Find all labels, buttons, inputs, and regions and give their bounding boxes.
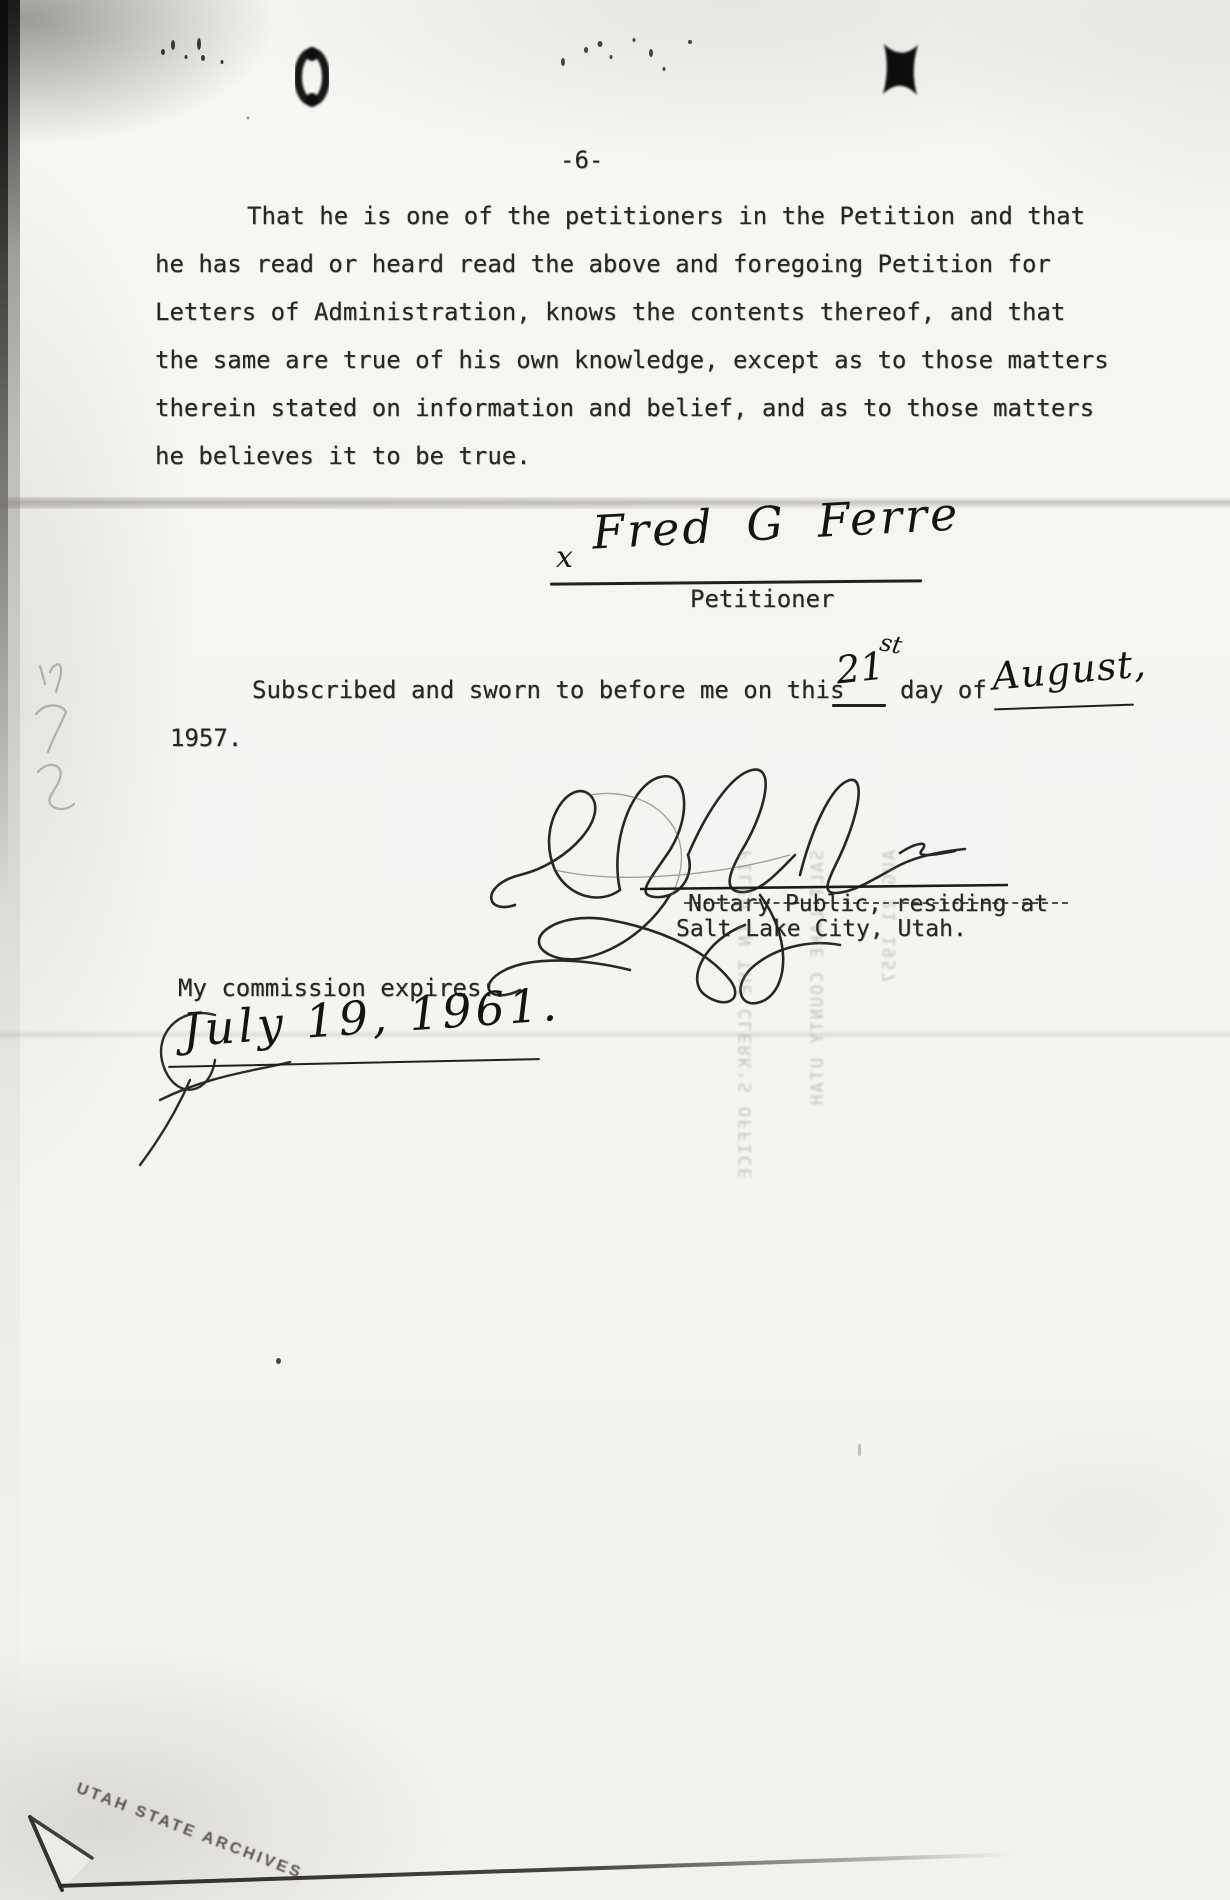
binding-ink-marks [0, 0, 1230, 160]
jurat-text-after-day: day of [900, 676, 987, 704]
page-bottom-edge [58, 1852, 1010, 1888]
affidavit-paragraph: That he is one of the petitioners in the… [155, 192, 1109, 480]
binding-hole-ring [298, 47, 326, 107]
stray-faint-mark [858, 1444, 861, 1456]
notary-title-line: Notary Public, residing at [688, 891, 1048, 917]
stray-ink-dot [276, 1358, 281, 1364]
jurat-month-handwritten: August, [990, 641, 1148, 698]
paragraph-line: the same are true of his own knowledge, … [155, 336, 1109, 384]
jurat-year: 1957. [170, 724, 242, 752]
petitioner-label: Petitioner [690, 585, 835, 613]
petitioner-signature: Fred G Ferre [591, 486, 962, 559]
jurat-month-underline [994, 704, 1134, 711]
jurat-text-before-day: Subscribed and sworn to before me on thi… [252, 676, 844, 704]
notary-title-strikethrough [684, 902, 1068, 904]
ink-speckles-left [161, 38, 250, 120]
jurat-day-underline [832, 704, 886, 707]
ink-speckles-center [561, 38, 692, 71]
paragraph-line: therein stated on information and belief… [155, 384, 1109, 432]
binding-bowtie-mark [883, 44, 918, 95]
commission-date-flourish [120, 1000, 300, 1170]
paragraph-line: he believes it to be true. [155, 432, 1109, 480]
scanned-document-page: -6- That he is one of the petitioners in… [0, 0, 1230, 1900]
notary-signature-line [640, 885, 1008, 889]
paragraph-line: he has read or heard read the above and … [155, 240, 1109, 288]
signature-x-mark: x [556, 540, 573, 575]
pencil-margin-notations [22, 652, 112, 822]
paragraph-line: Letters of Administration, knows the con… [155, 288, 1109, 336]
paragraph-line: That he is one of the petitioners in the… [155, 192, 1109, 240]
jurat-day-ordinal: st [878, 628, 904, 659]
notary-city-line: Salt Lake City, Utah. [676, 916, 967, 942]
page-number: -6- [560, 146, 603, 174]
